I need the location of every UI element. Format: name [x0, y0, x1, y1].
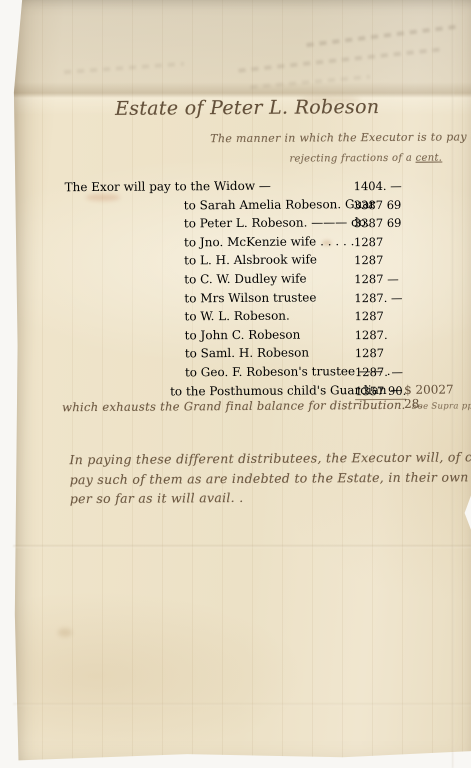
ledger-amount: 1287. — [354, 290, 402, 304]
closing-text: which exhausts the Grand final balance f… [62, 398, 406, 414]
ledger-amount: 1287 — [354, 272, 399, 286]
ledger-amount: 1287 [355, 346, 384, 360]
ledger-amount: 3387 69 [354, 216, 402, 230]
closing-line: which exhausts the Grand final balance f… [62, 397, 471, 414]
document-title: Estate of Peter L. Robeson [115, 96, 379, 120]
ledger-label: The Exor will pay to the Widow — [65, 179, 271, 194]
ledger-label: to C. W. Dudley wife [184, 271, 306, 286]
ledger-amount: 3387 69 [354, 197, 402, 211]
paragraph-line: In paying these different distributees, … [69, 447, 471, 470]
ledger-amount: 1287. [355, 328, 388, 342]
document-subtitle-note: rejecting fractions of a cent. [289, 153, 442, 165]
ledger-label: to L. H. Alsbrook wife [184, 253, 317, 268]
ledger-label: to W. L. Robeson. [184, 309, 289, 324]
ledger-amount: 1287 [354, 235, 383, 249]
ledger-label: to Sarah Amelia Robeson. Guar [184, 197, 376, 212]
ledger-label: to Peter L. Robeson. ——— do. [184, 215, 370, 230]
ledger-amount: 1287. — [355, 365, 403, 379]
paragraph-line: pay such of them as are indebted to the … [70, 467, 471, 490]
subtitle-note-text: rejecting fractions of a [289, 153, 415, 165]
distribution-ledger: The Exor will pay to the Widow — 1404. —… [65, 177, 467, 403]
ledger-amount: 1287 [354, 253, 383, 267]
ledger-label: to Jno. McKenzie wife . . . . . [184, 234, 354, 249]
ledger-amount: 1287 [354, 309, 383, 323]
subtitle-note-underlined: cent. [416, 153, 443, 164]
document-subtitle: The manner in which the Executor is to p… [210, 130, 471, 145]
scanned-document: Estate of Peter L. Robeson The manner in… [0, 0, 471, 768]
paragraph-line: per so far as it will avail. . [70, 486, 471, 509]
handwriting-layer: Estate of Peter L. Robeson The manner in… [0, 0, 471, 768]
closing-reference-note: See Supra pp. 4 & 5. [412, 401, 471, 412]
closing-paragraph: In paying these different distributees, … [69, 447, 471, 509]
ledger-amount: 1404. — [354, 179, 402, 193]
ledger-label: to Saml. H. Robeson [185, 346, 309, 361]
ledger-label: to John C. Robeson [185, 327, 301, 342]
ledger-label: to Mrs Wilson trustee [184, 290, 316, 305]
